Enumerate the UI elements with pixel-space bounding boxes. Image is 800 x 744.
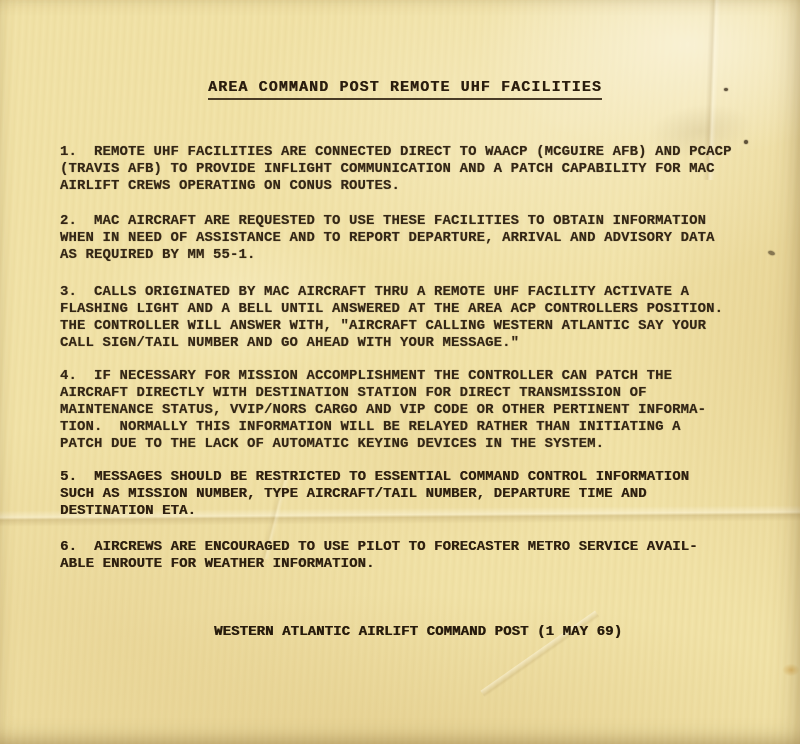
document-title: AREA COMMAND POST REMOTE UHF FACILITIES [208, 79, 602, 100]
scanned-document-page: AREA COMMAND POST REMOTE UHF FACILITIES … [0, 0, 800, 744]
document-footer: WESTERN ATLANTIC AIRLIFT COMMAND POST (1… [214, 624, 622, 641]
ink-speck [724, 88, 728, 91]
paragraph-2: 2. MAC AIRCRAFT ARE REQUESTED TO USE THE… [60, 213, 760, 264]
paper-stain [780, 662, 800, 678]
ink-speck [768, 250, 776, 256]
paragraph-6: 6. AIRCREWS ARE ENCOURAGED TO USE PILOT … [60, 539, 760, 573]
paragraph-3: 3. CALLS ORIGINATED BY MAC AIRCRAFT THRU… [60, 284, 760, 352]
paragraph-5: 5. MESSAGES SHOULD BE RESTRICTED TO ESSE… [60, 469, 760, 520]
paragraph-4: 4. IF NECESSARY FOR MISSION ACCOMPLISHME… [60, 368, 760, 453]
paragraph-1: 1. REMOTE UHF FACILITIES ARE CONNECTED D… [60, 144, 760, 195]
